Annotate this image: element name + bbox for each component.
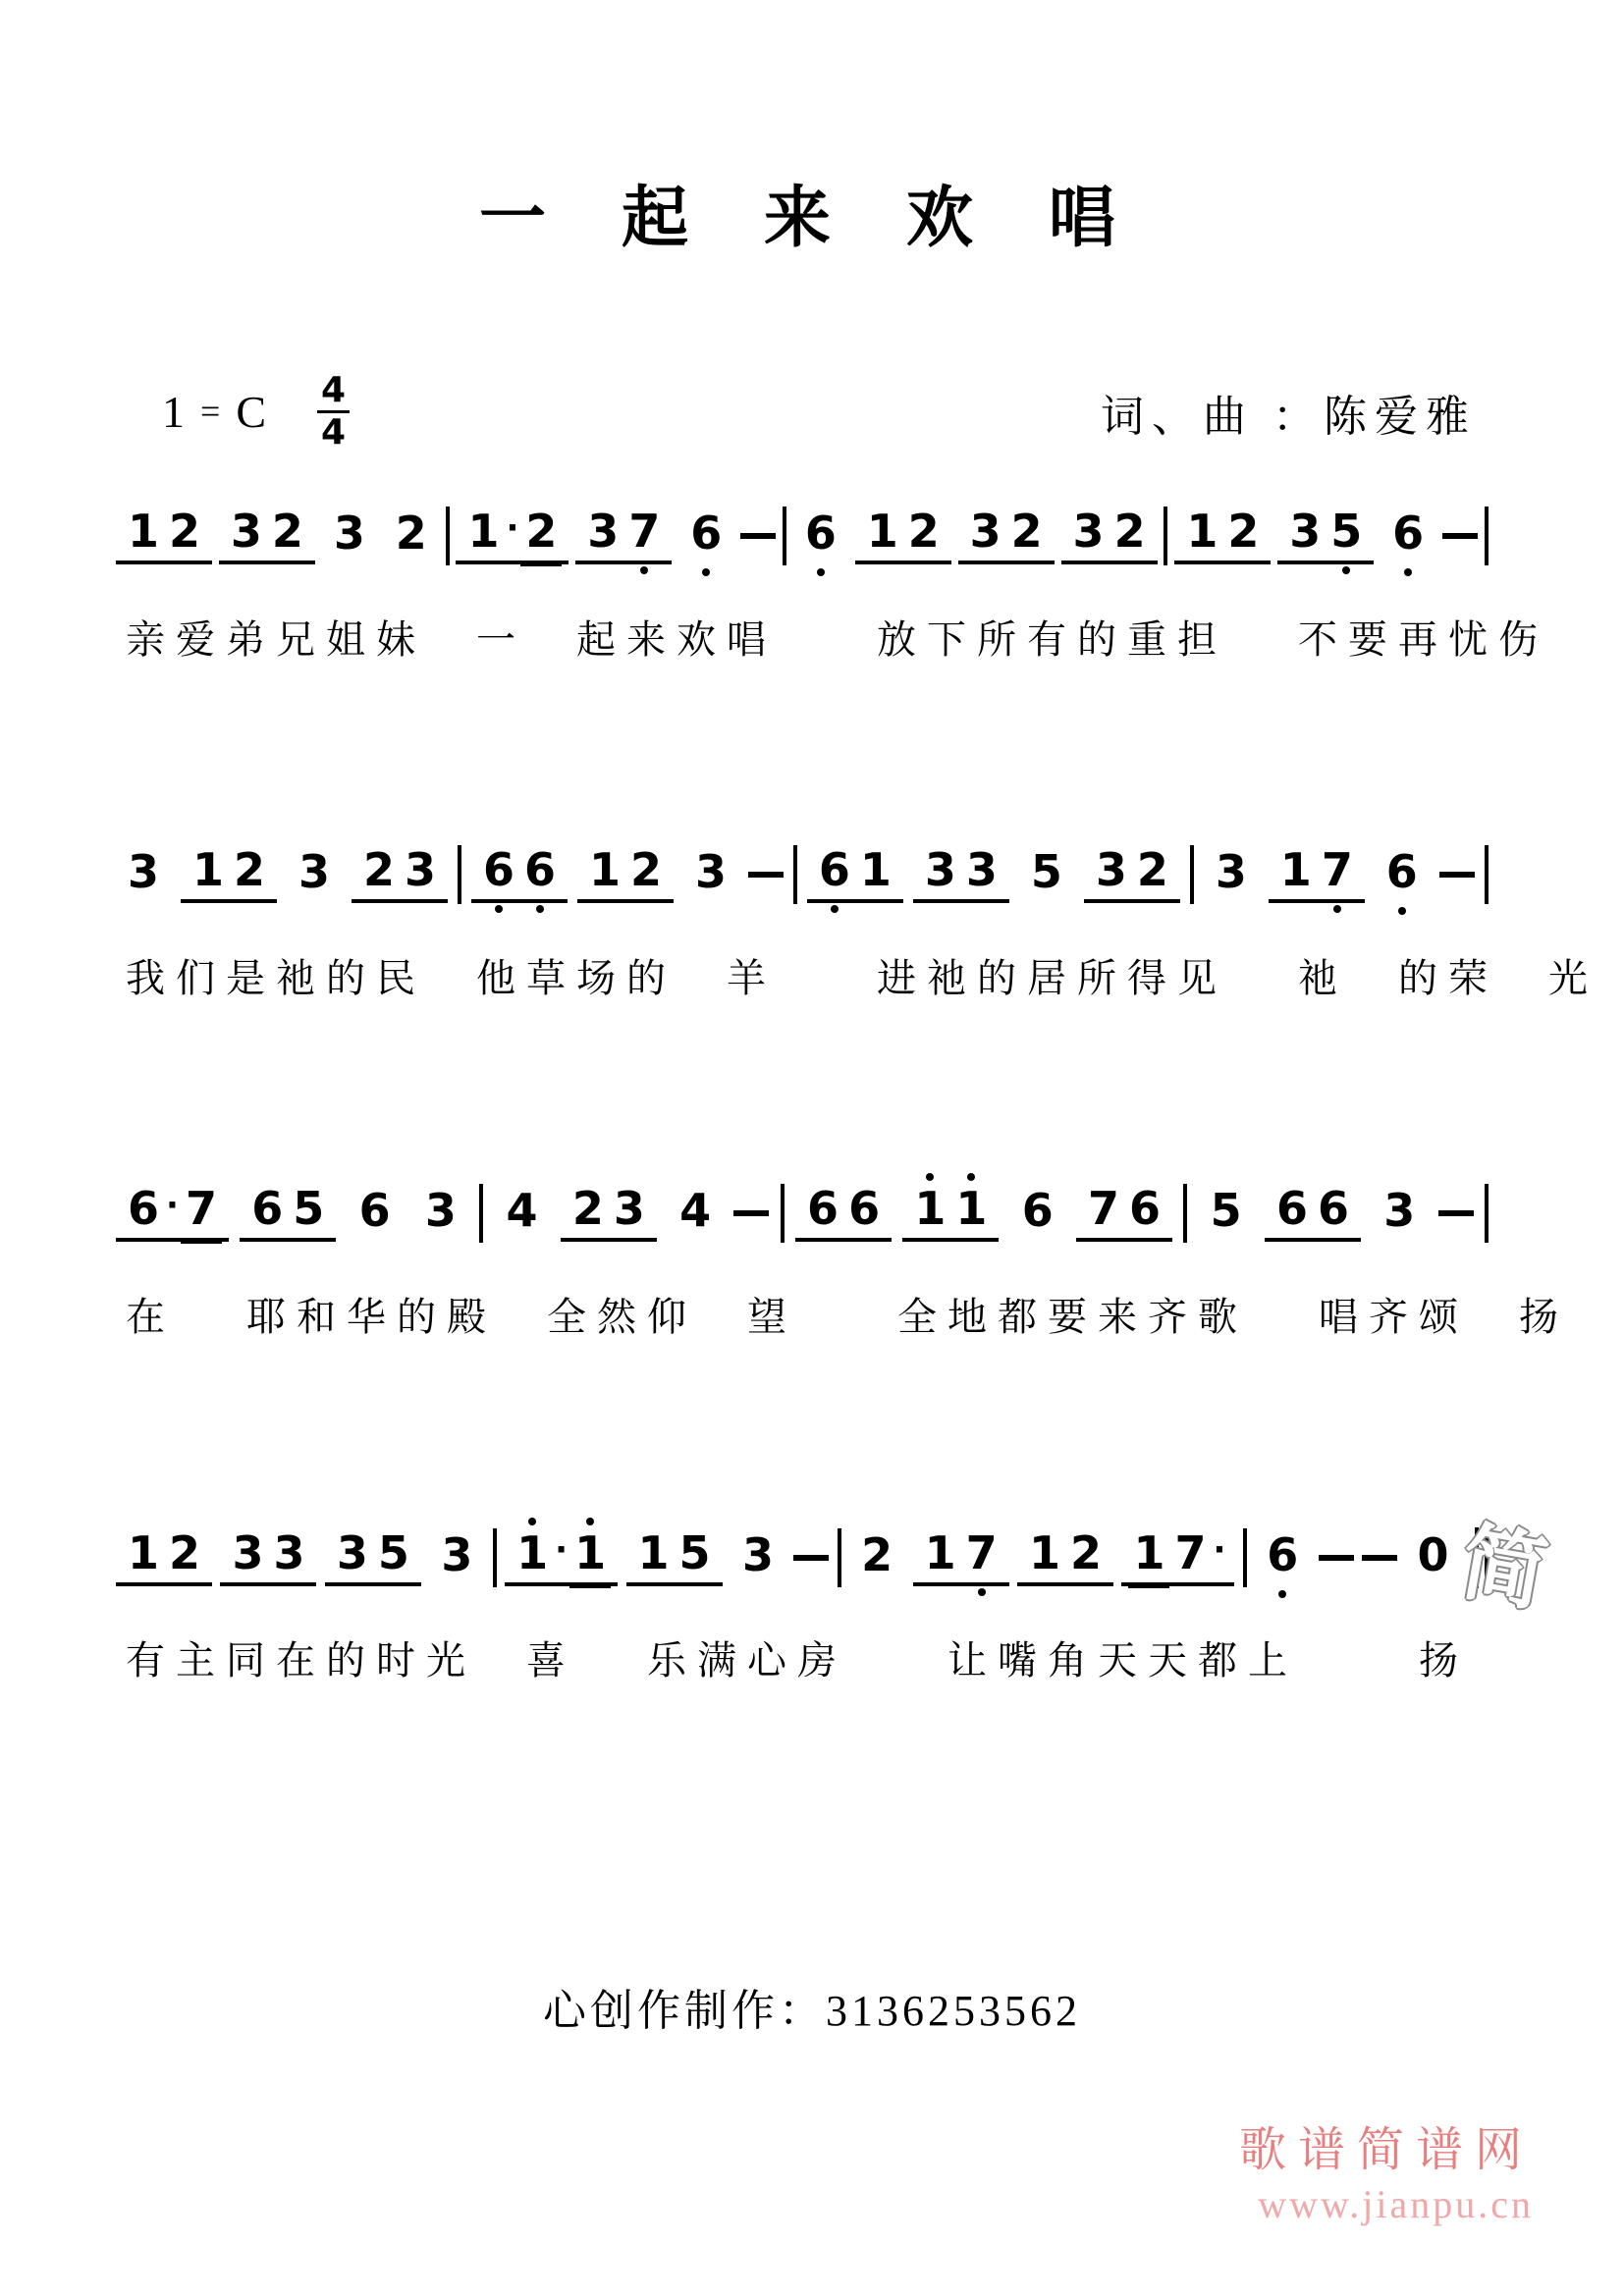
beamed-note-group: 12	[1174, 508, 1271, 564]
note-group: 6	[1375, 849, 1430, 901]
note: 6	[123, 1186, 164, 1231]
song-title: 一 起 来 欢 唱	[0, 165, 1624, 260]
note-group: 0	[1405, 1532, 1460, 1584]
note: 2	[229, 847, 270, 892]
note: 1	[512, 1530, 553, 1575]
note: 3	[227, 1530, 268, 1575]
barline	[446, 507, 450, 565]
sixteenth-underline	[520, 562, 562, 566]
note: 3	[226, 508, 267, 554]
note-group: 3	[413, 1188, 468, 1240]
site-watermark-name: 歌谱简谱网	[1239, 2121, 1534, 2180]
note: 6	[1262, 1532, 1303, 1577]
note-group: 4	[668, 1188, 723, 1240]
low-octave-dot	[1333, 905, 1341, 913]
beamed-note-group: 17	[1269, 847, 1365, 903]
beamed-note-group: 65	[240, 1186, 336, 1242]
note: 2	[903, 508, 945, 554]
note-group: 5	[1199, 1188, 1254, 1240]
lyric-line: 亲爱弟兄姐妹 一 起来欢唱 放下所有的重担 不要再忧伤	[126, 609, 1548, 665]
time-signature: 4 4	[317, 371, 350, 452]
barline	[458, 845, 461, 904]
beamed-note-group: 33	[220, 1530, 316, 1586]
note-group: 6	[1255, 1532, 1310, 1584]
note-group: 5	[1019, 849, 1074, 901]
duration-dash	[733, 1210, 769, 1216]
note: 3	[123, 849, 164, 894]
note: 2	[520, 508, 562, 554]
beamed-note-group: 12	[1017, 1530, 1113, 1586]
duration-dash	[748, 872, 784, 878]
low-octave-dot	[1342, 566, 1350, 574]
site-watermark-url: www.jianpu.cn	[1239, 2180, 1534, 2229]
high-octave-dot	[528, 1518, 536, 1525]
duration-dash	[1439, 872, 1475, 878]
music-line: 3123236612361335323176	[116, 845, 1489, 904]
note: 4	[675, 1188, 716, 1233]
high-octave-dot	[967, 1173, 975, 1181]
note: 3	[961, 847, 1002, 892]
note-group: 3	[287, 849, 342, 901]
note: 5	[1026, 849, 1067, 894]
duration-dash	[1438, 1210, 1474, 1216]
duration-dash	[793, 1555, 829, 1561]
note: 3	[1068, 508, 1110, 554]
note: 6	[1313, 1186, 1354, 1231]
beamed-note-group: 76	[1076, 1186, 1172, 1242]
lyric-line: 有主同在的时光 喜 乐满心房 让嘴角天天都上 扬	[126, 1629, 1469, 1685]
low-octave-dot	[817, 568, 825, 576]
low-octave-dot	[1398, 907, 1406, 915]
note: 5	[1206, 1188, 1247, 1233]
note: 1	[1181, 508, 1222, 554]
note: 7	[623, 508, 665, 554]
beamed-note-group: 15	[626, 1530, 723, 1586]
note: 3	[332, 1530, 373, 1575]
duration-dash	[740, 533, 776, 539]
note-group: 2	[849, 1532, 904, 1584]
low-octave-dot	[978, 1588, 986, 1596]
note: 1	[1024, 1530, 1065, 1575]
note-group: 6	[678, 510, 733, 562]
note: 3	[609, 1186, 650, 1231]
barline	[1485, 1184, 1489, 1243]
note-group: 3	[322, 510, 377, 562]
barline	[838, 1528, 841, 1587]
beamed-note-group: 23	[561, 1186, 657, 1242]
beamed-note-group: 35	[1277, 508, 1374, 564]
note: 6	[802, 1186, 843, 1231]
music-line: 6·76563423466116765663	[116, 1184, 1489, 1243]
note: 7	[961, 1530, 1002, 1575]
beamed-note-group: 12	[116, 508, 212, 564]
beamed-note-group: 17·	[1121, 1530, 1234, 1586]
barline	[1164, 507, 1167, 565]
note: 3	[1284, 508, 1326, 554]
note: 3	[1211, 849, 1252, 894]
note: 3	[294, 849, 335, 894]
time-signature-denominator: 4	[317, 410, 350, 453]
note: 6	[519, 847, 561, 892]
barline	[1183, 1184, 1187, 1243]
note: 6	[843, 1186, 885, 1231]
sixteenth-underline	[181, 1240, 222, 1244]
low-octave-dot	[495, 905, 503, 913]
low-octave-dot	[1278, 1590, 1286, 1598]
sheet-music-page: 一 起 来 欢 唱 1 = C 4 4 词、曲 ：陈爱雅 1232321·237…	[0, 0, 1624, 2296]
key-signature: 1 = C 4 4	[162, 371, 350, 452]
key-letter: C	[236, 386, 266, 438]
beamed-note-group: 35	[325, 1530, 421, 1586]
time-signature-numerator: 4	[317, 371, 350, 410]
lyric-line: 在 耶和华的殿 全然仰 望 全地都要来齐歌 唱齐颂 扬	[126, 1286, 1569, 1342]
barline	[783, 507, 786, 565]
low-octave-dot	[640, 566, 648, 574]
augmentation-dot: ·	[164, 1189, 181, 1222]
composer-credit: 词、曲 ：陈爱雅	[1101, 381, 1477, 444]
note: 2	[1065, 1530, 1107, 1575]
note: 6	[478, 847, 519, 892]
note: 1	[633, 1530, 675, 1575]
note: 6	[1387, 510, 1429, 556]
note: 1	[950, 1186, 992, 1231]
note: 3	[268, 1530, 309, 1575]
beamed-note-group: 61	[807, 847, 903, 903]
barline	[479, 1184, 483, 1243]
note: 3	[737, 1532, 779, 1577]
note: 1	[920, 1530, 961, 1575]
note: 3	[965, 508, 1006, 554]
note: 2	[625, 847, 667, 892]
note: 1	[123, 1530, 164, 1575]
note: 2	[391, 510, 432, 556]
note: 3	[690, 849, 731, 894]
note: 7	[1169, 1530, 1211, 1575]
note: 3	[329, 510, 370, 556]
low-octave-dot	[1404, 568, 1412, 576]
note: 3	[436, 1532, 477, 1577]
beamed-note-group: 1·2	[456, 508, 568, 564]
note: 2	[267, 508, 308, 554]
note: 6	[1381, 849, 1423, 894]
note: 4	[502, 1188, 543, 1233]
note: 1	[909, 1186, 950, 1231]
duration-dash	[1319, 1555, 1354, 1561]
note: 1	[569, 1530, 611, 1575]
beamed-note-group: 66	[795, 1186, 892, 1242]
note: 2	[1110, 508, 1151, 554]
low-octave-dot	[702, 568, 710, 576]
note: 3	[400, 847, 441, 892]
note-group: 4	[495, 1188, 550, 1240]
music-line: 12333531·11532171217·60	[116, 1527, 1489, 1588]
note: 1	[862, 508, 903, 554]
note: 0	[1412, 1532, 1453, 1577]
note-group: 2	[384, 510, 439, 562]
note: 5	[675, 1530, 716, 1575]
beamed-note-group: 12	[181, 847, 277, 903]
note: 3	[1091, 847, 1132, 892]
barline	[1485, 507, 1489, 565]
note: 1	[584, 847, 625, 892]
note: 6	[814, 847, 855, 892]
note: 3	[582, 508, 623, 554]
note-group: 6	[793, 510, 848, 562]
barline	[1485, 845, 1489, 904]
note: 1	[188, 847, 229, 892]
barline	[1190, 845, 1194, 904]
beamed-note-group: 6·7	[116, 1186, 229, 1242]
beamed-note-group: 66	[1265, 1186, 1361, 1242]
note: 3	[1379, 1188, 1420, 1233]
augmentation-dot: ·	[553, 1533, 569, 1567]
music-line: 1232321·2376612323212356	[116, 507, 1489, 565]
note-group: 3	[116, 849, 171, 901]
note: 6	[800, 510, 841, 556]
note: 2	[1222, 508, 1264, 554]
high-octave-dot	[926, 1173, 934, 1181]
note-group: 3	[731, 1532, 785, 1584]
sixteenth-underline	[1128, 1584, 1169, 1588]
note: 5	[288, 1186, 329, 1231]
note-group: 3	[429, 1532, 484, 1584]
note: 7	[181, 1186, 222, 1231]
high-octave-dot	[586, 1518, 594, 1525]
note: 6	[1017, 1188, 1058, 1233]
beamed-note-group: 37	[575, 508, 672, 564]
note: 6	[246, 1186, 288, 1231]
site-watermark: 歌谱简谱网 www.jianpu.cn	[1239, 2121, 1534, 2229]
note: 1	[1275, 847, 1317, 892]
note: 5	[1326, 508, 1367, 554]
note-group: 3	[683, 849, 738, 901]
note: 7	[1317, 847, 1358, 892]
low-octave-dot	[831, 905, 839, 913]
note: 1	[1128, 1530, 1169, 1575]
beamed-note-group: 11	[902, 1186, 999, 1242]
augmentation-dot: ·	[1212, 1533, 1228, 1567]
beamed-note-group: 32	[958, 508, 1055, 564]
note: 2	[164, 508, 205, 554]
beamed-note-group: 12	[577, 847, 674, 903]
note-group: 6	[348, 1188, 403, 1240]
beamed-note-group: 66	[471, 847, 568, 903]
publisher-stamp-icon: 简	[1453, 1493, 1557, 1628]
beamed-note-group: 1·1	[505, 1530, 618, 1586]
barline	[1243, 1528, 1247, 1587]
note: 1	[123, 508, 164, 554]
low-octave-dot	[536, 905, 544, 913]
note: 2	[856, 1532, 897, 1577]
duration-dash	[1442, 533, 1478, 539]
note: 6	[1272, 1186, 1313, 1231]
augmentation-dot: ·	[504, 511, 520, 545]
note: 7	[1083, 1186, 1124, 1231]
note: 2	[1132, 847, 1173, 892]
note: 6	[1124, 1186, 1165, 1231]
beamed-note-group: 17	[913, 1530, 1009, 1586]
note: 2	[568, 1186, 609, 1231]
note-group: 3	[1204, 849, 1259, 901]
note: 6	[685, 510, 727, 556]
beamed-note-group: 33	[913, 847, 1009, 903]
beamed-note-group: 32	[219, 508, 315, 564]
note: 3	[920, 847, 961, 892]
lyric-line: 我们是祂的民 他草场的 羊 进祂的居所得见 祂 的荣 光	[126, 947, 1598, 1003]
note: 5	[373, 1530, 414, 1575]
note: 6	[354, 1188, 396, 1233]
duration-dash	[1362, 1555, 1397, 1561]
note: 1	[855, 847, 896, 892]
barline	[793, 845, 797, 904]
note: 3	[420, 1188, 461, 1233]
note-group: 3	[1372, 1188, 1427, 1240]
note: 2	[1006, 508, 1048, 554]
sixteenth-underline	[569, 1584, 611, 1588]
tonic-numeral: 1	[162, 386, 185, 438]
beamed-note-group: 32	[1061, 508, 1158, 564]
barline	[781, 1184, 785, 1243]
beamed-note-group: 23	[352, 847, 448, 903]
note: 2	[358, 847, 400, 892]
barline	[493, 1528, 497, 1587]
beamed-note-group: 32	[1084, 847, 1180, 903]
equals-sign: =	[200, 391, 220, 432]
note-group: 6	[1380, 510, 1435, 562]
note: 2	[164, 1530, 205, 1575]
beamed-note-group: 12	[116, 1530, 212, 1586]
note: 1	[462, 508, 504, 554]
note-group: 6	[1010, 1188, 1065, 1240]
production-credit: 心创作制作：3136253562	[0, 1975, 1624, 2038]
beamed-note-group: 12	[855, 508, 951, 564]
